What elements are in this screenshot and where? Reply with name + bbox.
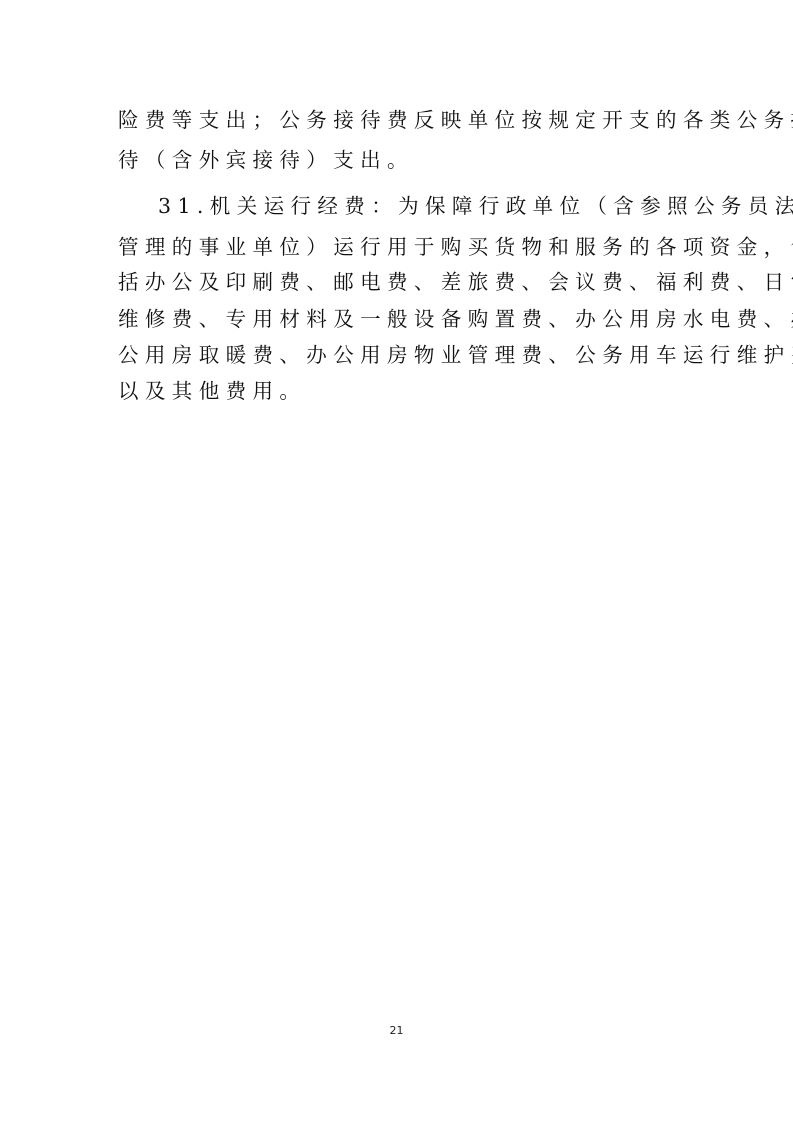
text-line: 以及其他费用。 [118, 377, 678, 405]
text-line: 险费等支出；公务接待费反映单位按规定开支的各类公务接 [118, 106, 678, 134]
text-line: 待（含外宾接待）支出。 [118, 146, 678, 174]
text-line: 维修费、专用材料及一般设备购置费、办公用房水电费、办 [118, 305, 678, 333]
text-line: 括办公及印刷费、邮电费、差旅费、会议费、福利费、日常 [118, 268, 678, 296]
item-31-heading-line: 31.机关运行经费：为保障行政单位（含参照公务员法 [158, 192, 718, 220]
document-page: 险费等支出；公务接待费反映单位按规定开支的各类公务接 待（含外宾接待）支出。 3… [0, 0, 793, 1122]
page-number: 21 [0, 1024, 793, 1037]
text-line: 管理的事业单位）运行用于购买货物和服务的各项资金，包 [118, 233, 678, 261]
text-line: 公用房取暖费、办公用房物业管理费、公务用车运行维护费 [118, 341, 678, 369]
